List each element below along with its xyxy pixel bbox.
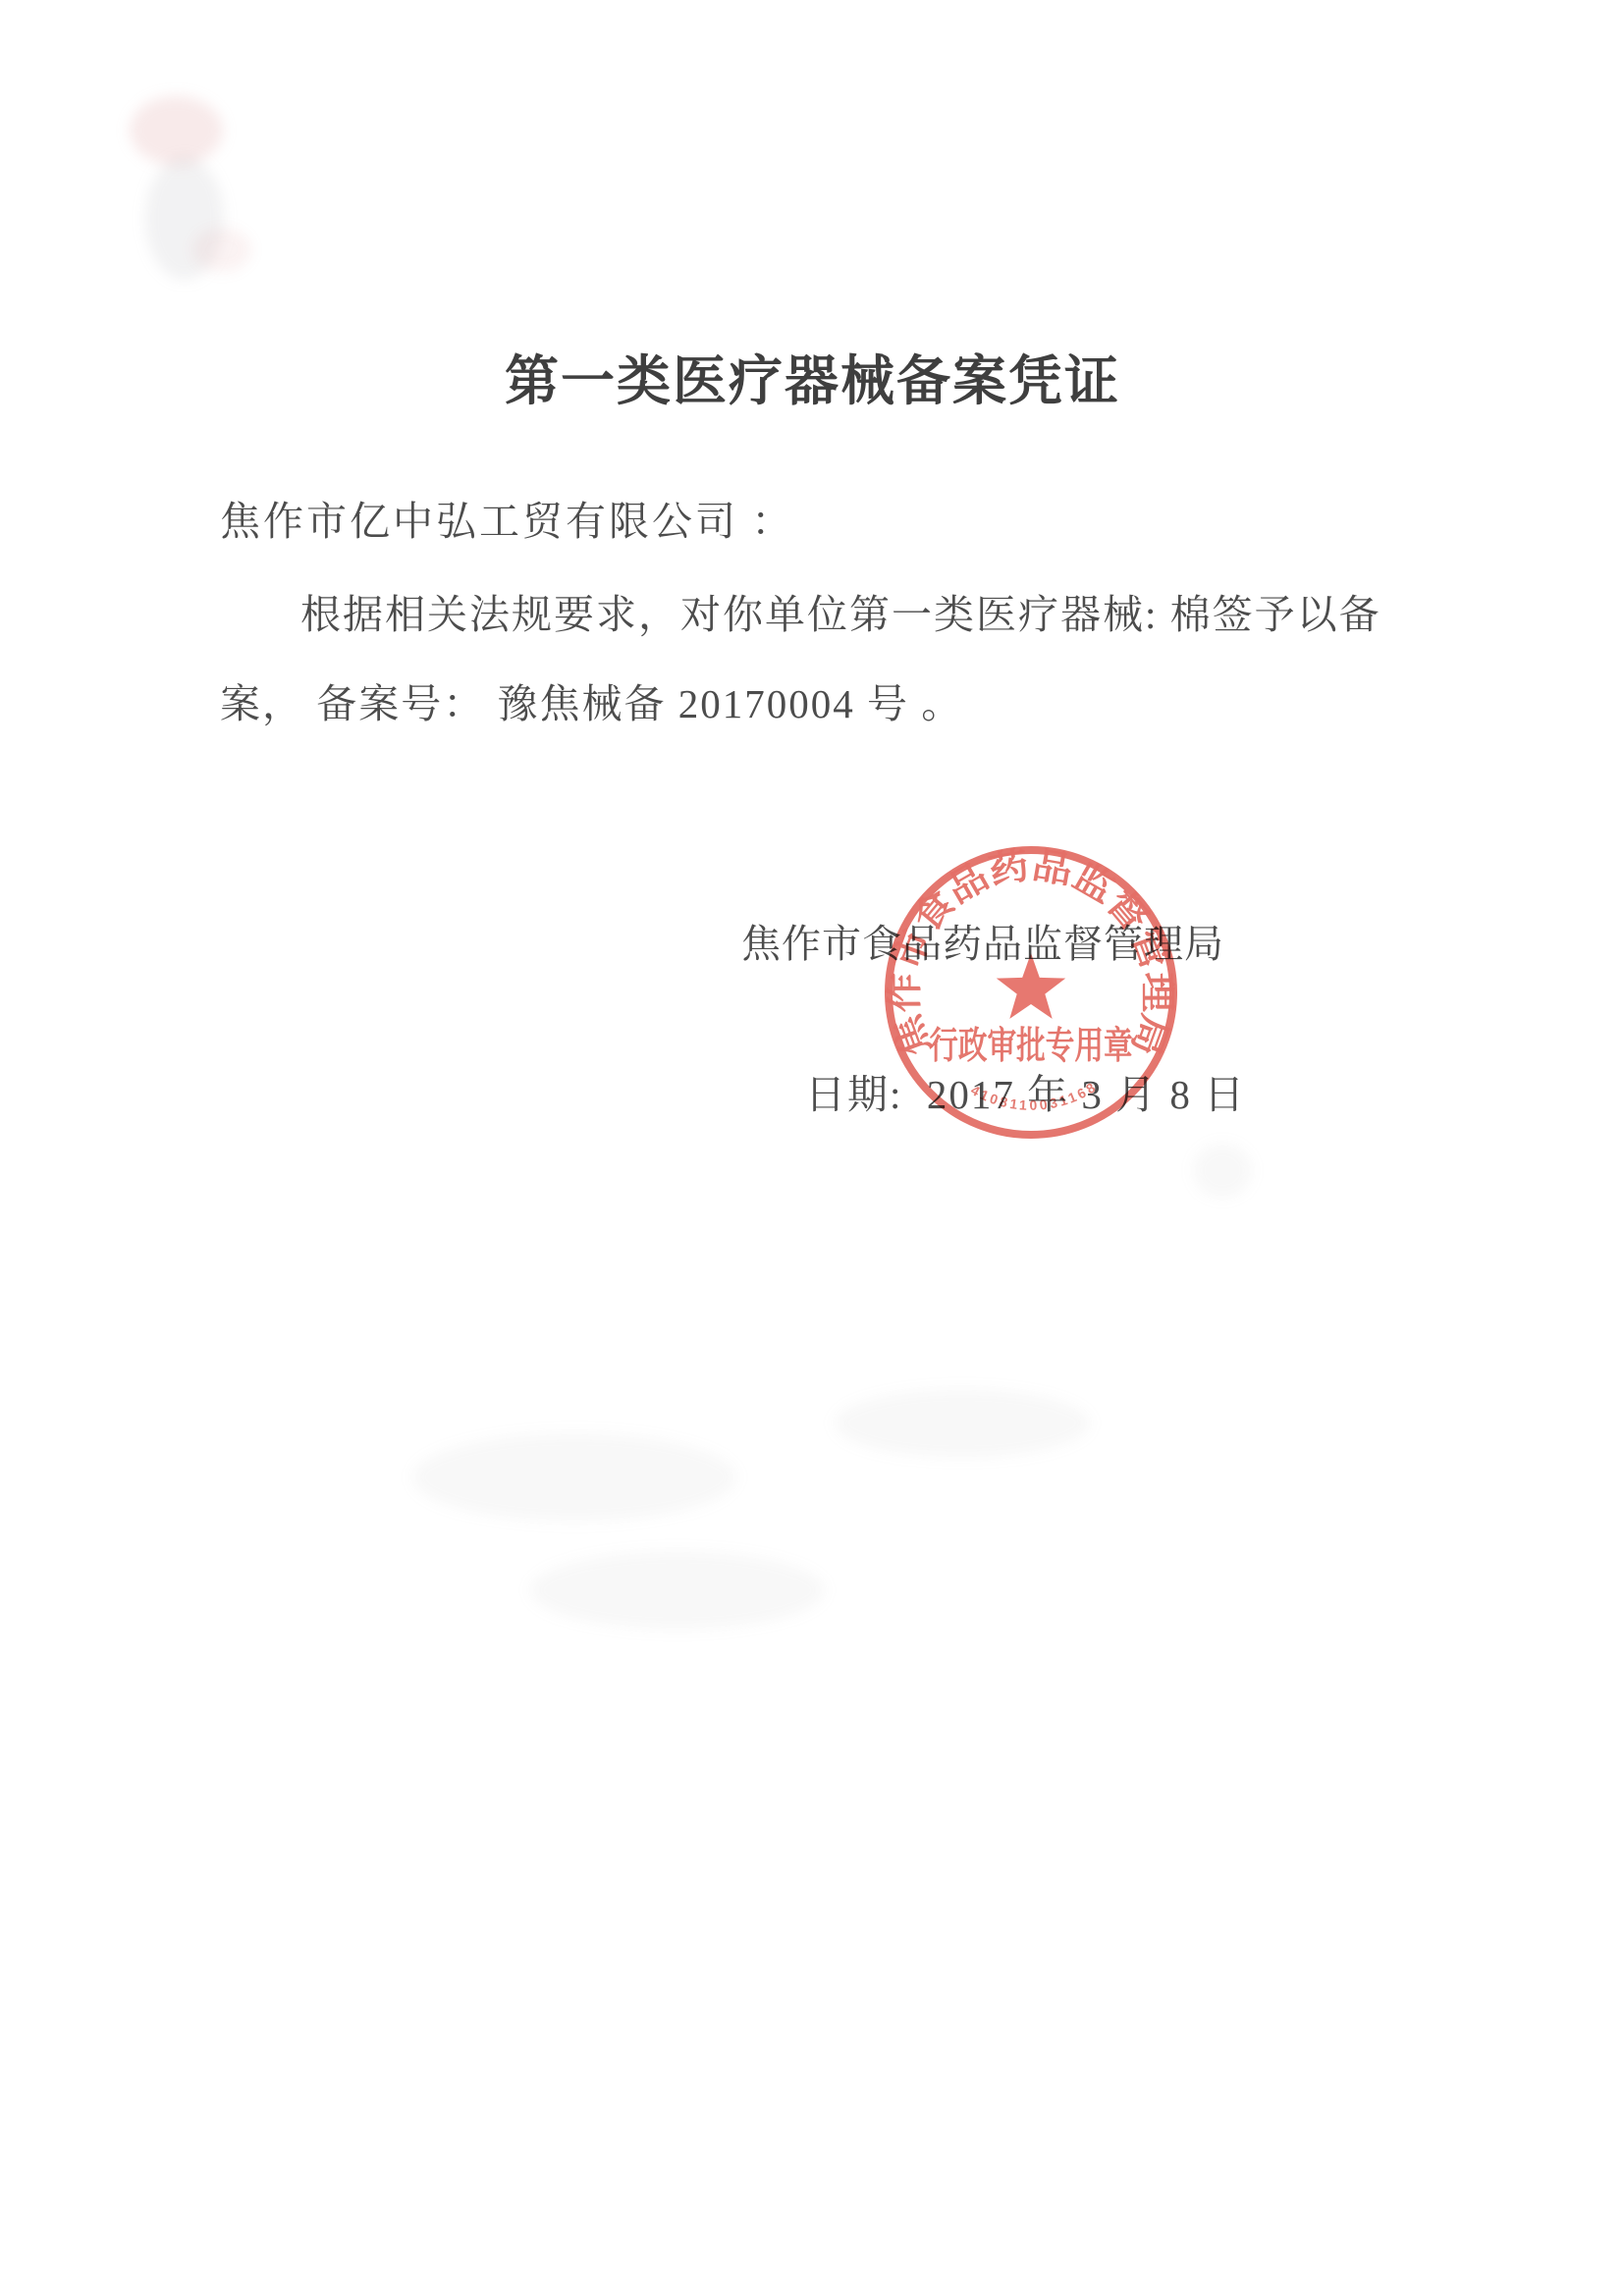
scanned-certificate-page: 第一类医疗器械备案凭证 焦作市亿中弘工贸有限公司 ： 根据相关法规要求，对你单位… [0,0,1624,2296]
scan-artifact [835,1389,1090,1458]
red-star-icon [997,953,1065,1019]
scan-artifact [530,1551,825,1629]
body-line-1: 根据相关法规要求，对你单位第一类医疗器械: 棉签予以备 [300,582,1381,640]
official-seal: 焦作市食品药品监督管理局 行政审批专用章 4108110031168 [879,840,1183,1145]
scan-artifact [130,96,223,165]
certificate-title: 第一类医疗器械备案凭证 [505,338,1120,415]
scan-artifact [412,1433,736,1522]
body-line-2: 案， 备案号： 豫焦械备 20170004 号 。 [220,671,963,729]
addressee-line: 焦作市亿中弘工贸有限公司 ： [220,489,794,547]
scan-artifact [192,228,251,272]
scan-artifact [1193,1144,1252,1198]
seal-serial-number: 4108110031168 [968,1078,1101,1113]
seal-bottom-label: 行政审批专用章 [929,1024,1132,1066]
scan-artifact [145,157,224,280]
